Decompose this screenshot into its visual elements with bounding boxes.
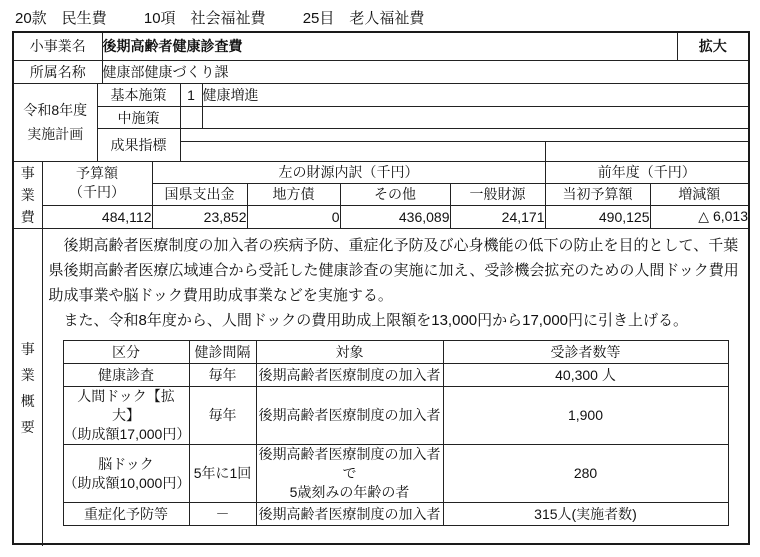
cell-interval: 毎年 [189, 387, 256, 445]
budget-amount-header: 予算額 （千円） [42, 162, 152, 205]
cell-target: 後期高齢者医療制度の加入者 [256, 364, 443, 387]
col-header-category: 区分 [63, 341, 189, 364]
cell-category-line1: 脳ドック [98, 456, 153, 472]
overview-section: 事 業 概 要 後期高齢者医療制度の加入者の疾病予防、重症化予防及び心身機能の低… [14, 229, 748, 546]
outcome-indicator-row2-left-cell [180, 142, 545, 162]
budget-amount-header-line1: 予算額 [76, 165, 118, 181]
cell-interval: － [189, 503, 256, 526]
overview-row-label-char2: 業 [21, 362, 35, 388]
basic-policy-label: 基本施策 [97, 84, 180, 107]
col-header-interval: 健診間隔 [189, 341, 256, 364]
outcome-indicator-label: 成果指標 [97, 129, 180, 162]
overview-row-label-char4: 要 [21, 414, 35, 440]
department-name: 健康部健康づくり課 [102, 60, 748, 83]
mid-policy-number-cell [180, 107, 202, 129]
value-local-bonds: 0 [247, 205, 340, 228]
header-other: その他 [340, 183, 450, 205]
sub-project-name: 後期高齢者健康診査費 [102, 33, 677, 60]
document-frame: 小事業名 後期高齢者健康診査費 拡大 所属名称 健康部健康づくり課 令和8年度 … [12, 31, 750, 545]
cell-interval: 5年に1回 [189, 445, 256, 503]
overview-row-label: 事 業 概 要 [14, 229, 42, 546]
fiscal-plan-label-line1: 令和8年度 [23, 102, 87, 118]
classification-kou: 10項 社会福祉費 [144, 10, 266, 27]
budget-row-label-char3: 費 [21, 206, 35, 228]
cell-category-line2: （助成額10,000円） [64, 475, 190, 491]
plan-section: 令和8年度 実施計画 基本施策 1 健康増進 中施策 成果指標 [14, 84, 748, 163]
cell-target: 後期高齢者医療制度の加入者 [256, 387, 443, 445]
budget-classification-line: 20款 民生費 10項 社会福祉費 25目 老人福祉費 [15, 7, 457, 28]
sub-project-label: 小事業名 [14, 33, 102, 60]
value-other: 436,089 [340, 205, 450, 228]
outcome-indicator-row1-cell [180, 129, 748, 142]
basic-policy-value: 健康増進 [202, 84, 748, 107]
value-general-funds: 24,171 [450, 205, 545, 228]
value-national-prefectural: 23,852 [152, 205, 247, 228]
cell-target: 後期高齢者医療制度の加入者 [256, 503, 443, 526]
budget-row-label: 事 業 費 [14, 162, 42, 229]
classification-kan: 20款 民生費 [15, 10, 107, 27]
overview-paragraph-line4: また、令和8年度から、人間ドックの費用助成上限額を13,000円から17,000… [49, 308, 745, 333]
title-section: 小事業名 後期高齢者健康診査費 拡大 所属名称 健康部健康づくり課 [14, 33, 748, 84]
expand-badge: 拡大 [677, 33, 748, 60]
mid-policy-value-cell [202, 107, 748, 129]
table-row-health-checkup: 健康診査 毎年 後期高齢者医療制度の加入者 40,300 人 [63, 364, 728, 387]
fiscal-plan-label-line2: 実施計画 [27, 126, 83, 142]
fiscal-plan-label: 令和8年度 実施計画 [14, 84, 97, 162]
table-row-severity-prevention: 重症化予防等 － 後期高齢者医療制度の加入者 315人(実施者数) [63, 503, 728, 526]
cell-category: 人間ドック【拡大】 （助成額17,000円） [63, 387, 189, 445]
value-change-amount: △ 6,013 [650, 205, 748, 228]
checkup-detail-table: 区分 健診間隔 対象 受診者数等 健康診査 毎年 後期高齢者医療制度の加入者 4… [63, 340, 729, 526]
header-local-bonds: 地方債 [247, 183, 340, 205]
cell-count: 315人(実施者数) [443, 503, 728, 526]
cell-count: 1,900 [443, 387, 728, 445]
cell-category-line1: 人間ドック【拡大】 [77, 388, 174, 423]
cell-target-line2: 5歳刻みの年齢の者 [290, 484, 410, 500]
cell-count: 280 [443, 445, 728, 503]
budget-row-label-char1: 事 [21, 162, 35, 184]
value-budget-amount: 484,112 [42, 205, 152, 228]
cell-category: 健康診査 [63, 364, 189, 387]
overview-row-label-char1: 事 [21, 336, 35, 362]
header-general-funds: 一般財源 [450, 183, 545, 205]
cell-target-line1: 後期高齢者医療制度の加入者で [259, 446, 441, 481]
funding-breakdown-group-header: 左の財源内訳（千円） [152, 162, 545, 183]
outcome-indicator-row2-right-cell [545, 142, 748, 162]
mid-policy-label: 中施策 [97, 107, 180, 129]
overview-paragraph-line2: 県後期高齢者医療広域連合から受託した健康診査の実施に加え、受診機会拡充のための人… [49, 258, 745, 283]
col-header-count: 受診者数等 [443, 341, 728, 364]
value-initial-budget: 490,125 [545, 205, 650, 228]
cell-target: 後期高齢者医療制度の加入者で 5歳刻みの年齢の者 [256, 445, 443, 503]
overview-content-cell: 後期高齢者医療制度の加入者の疾病予防、重症化予防及び心身機能の低下の防止を目的と… [42, 229, 748, 546]
basic-policy-number: 1 [180, 84, 202, 107]
table-row-brain-dock: 脳ドック （助成額10,000円） 5年に1回 後期高齢者医療制度の加入者で 5… [63, 445, 728, 503]
budget-amount-header-line2: （千円） [69, 184, 125, 200]
overview-paragraph: 後期高齢者医療制度の加入者の疾病予防、重症化予防及び心身機能の低下の防止を目的と… [49, 233, 745, 333]
overview-paragraph-line1: 後期高齢者医療制度の加入者の疾病予防、重症化予防及び心身機能の低下の防止を目的と… [49, 233, 745, 258]
cell-category: 脳ドック （助成額10,000円） [63, 445, 189, 503]
header-initial-budget: 当初予算額 [545, 183, 650, 205]
classification-moku: 25目 老人福祉費 [303, 10, 425, 27]
header-national-prefectural: 国県支出金 [152, 183, 247, 205]
budget-sheet-page: 20款 民生費 10項 社会福祉費 25目 老人福祉費 小事業名 後期高齢者健康… [0, 0, 760, 557]
overview-row-label-char3: 概 [21, 388, 35, 414]
table-row-ningen-dock: 人間ドック【拡大】 （助成額17,000円） 毎年 後期高齢者医療制度の加入者 … [63, 387, 728, 445]
overview-paragraph-line3: 助成事業や脳ドック費用助成事業などを実施する。 [49, 283, 745, 308]
department-label: 所属名称 [14, 60, 102, 83]
cell-count: 40,300 人 [443, 364, 728, 387]
cell-category: 重症化予防等 [63, 503, 189, 526]
budget-row-label-char2: 業 [21, 184, 35, 206]
col-header-target: 対象 [256, 341, 443, 364]
cell-interval: 毎年 [189, 364, 256, 387]
cell-category-line2: （助成額17,000円） [64, 426, 190, 442]
header-change-amount: 増減額 [650, 183, 748, 205]
budget-section: 事 業 費 予算額 （千円） 左の財源内訳（千円） 前年度（千円） 国県支出金 … [14, 162, 748, 229]
previous-year-group-header: 前年度（千円） [545, 162, 748, 183]
